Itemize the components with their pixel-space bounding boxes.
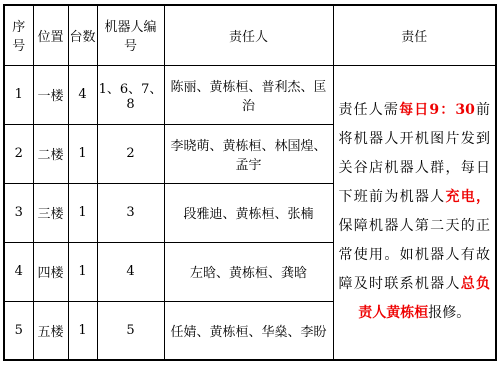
col-header-robot-ids: 机器人编号: [97, 5, 164, 65]
cell-index: 4: [4, 242, 33, 301]
cell-count: 1: [68, 124, 97, 183]
col-header-persons: 责任人: [164, 5, 333, 65]
table-row: 1一楼41、6、7、8陈丽、黄栋桓、普利杰、匡治责任人需每日9：30前将机器人开…: [4, 65, 496, 124]
cell-robot-ids: 3: [97, 183, 164, 242]
cell-persons: 李晓萌、黄栋桓、林国煌、孟宇: [164, 124, 333, 183]
cell-index: 1: [4, 65, 33, 124]
table-body: 1一楼41、6、7、8陈丽、黄栋桓、普利杰、匡治责任人需每日9：30前将机器人开…: [4, 65, 496, 360]
col-header-responsibility: 责任: [333, 5, 496, 65]
robot-duty-table: 序号 位置 台数 机器人编号 责任人 责任 1一楼41、6、7、8陈丽、黄栋桓、…: [3, 4, 497, 361]
cell-index: 3: [4, 183, 33, 242]
col-header-location: 位置: [33, 5, 68, 65]
cell-count: 4: [68, 65, 97, 124]
cell-index: 2: [4, 124, 33, 183]
cell-responsibility: 责任人需每日9：30前将机器人开机图片发到关谷店机器人群，每日下班前为机器人充电…: [333, 65, 496, 360]
responsibility-highlight-text: 充电，: [445, 189, 490, 205]
cell-location: 五楼: [33, 301, 68, 360]
col-header-index: 序号: [4, 5, 33, 65]
header-row: 序号 位置 台数 机器人编号 责任人 责任: [4, 5, 496, 65]
cell-location: 二楼: [33, 124, 68, 183]
cell-robot-ids: 5: [97, 301, 164, 360]
cell-persons: 任婧、黄栋桓、华燊、李盼: [164, 301, 333, 360]
cell-robot-ids: 4: [97, 242, 164, 301]
cell-location: 一楼: [33, 65, 68, 124]
cell-persons: 段雅迪、黄栋桓、张楠: [164, 183, 333, 242]
cell-persons: 左晗、黄栋桓、龚晗: [164, 242, 333, 301]
cell-location: 三楼: [33, 183, 68, 242]
cell-count: 1: [68, 183, 97, 242]
responsibility-highlight-text: 每日9：30: [399, 102, 475, 118]
cell-persons: 陈丽、黄栋桓、普利杰、匡治: [164, 65, 333, 124]
cell-robot-ids: 1、6、7、8: [97, 65, 164, 124]
cell-count: 1: [68, 242, 97, 301]
responsibility-text: 报修。: [428, 305, 470, 321]
document-page: 序号 位置 台数 机器人编号 责任人 责任 1一楼41、6、7、8陈丽、黄栋桓、…: [0, 0, 500, 375]
cell-location: 四楼: [33, 242, 68, 301]
cell-count: 1: [68, 301, 97, 360]
col-header-count: 台数: [68, 5, 97, 65]
cell-index: 5: [4, 301, 33, 360]
responsibility-text: 责任人需: [339, 102, 400, 118]
cell-robot-ids: 2: [97, 124, 164, 183]
